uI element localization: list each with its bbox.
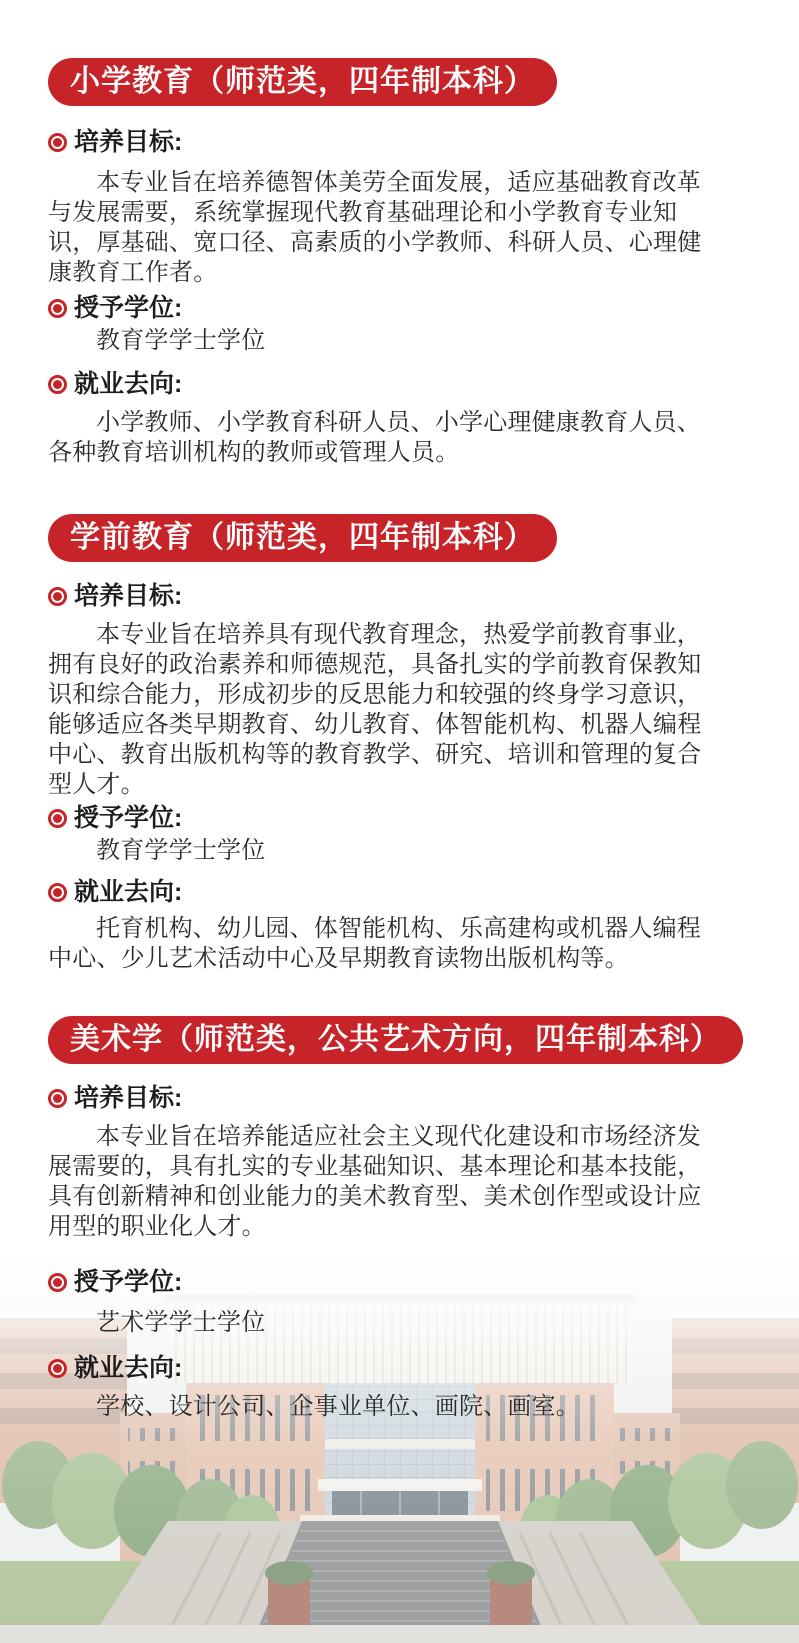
bullseye-bullet-icon — [48, 587, 67, 606]
block-heading-degree: 授予学位: — [48, 294, 715, 322]
bullseye-bullet-icon — [48, 299, 67, 318]
bullseye-bullet-icon — [48, 1273, 67, 1292]
program-title-pill: 学前教育（师范类，四年制本科） — [48, 514, 557, 562]
block-label: 授予学位: — [74, 1268, 182, 1296]
block-heading-goal: 培养目标: — [48, 128, 715, 156]
bullet-dot — [53, 592, 62, 601]
bullseye-bullet-icon — [48, 1359, 67, 1378]
bullet-dot — [53, 138, 62, 147]
block-text-degree: 教育学学士学位 — [48, 836, 715, 866]
bullseye-bullet-icon — [48, 883, 67, 902]
block-text-degree: 教育学学士学位 — [48, 326, 715, 356]
block-heading-career: 就业去向: — [48, 1354, 715, 1382]
block-heading-career: 就业去向: — [48, 878, 715, 906]
program-title-pill: 美术学（师范类，公共艺术方向，四年制本科） — [48, 1016, 743, 1064]
bullet-dot — [53, 1094, 62, 1103]
block-heading-goal: 培养目标: — [48, 1084, 715, 1112]
block-text-degree: 艺术学学士学位 — [48, 1308, 715, 1338]
bullet-dot — [53, 1364, 62, 1373]
brochure-content: 小学教育（师范类，四年制本科） 培养目标: 本专业旨在培养德智体美劳全面发展，适… — [0, 0, 799, 1422]
bullseye-bullet-icon — [48, 1089, 67, 1108]
bullseye-bullet-icon — [48, 809, 67, 828]
block-text-career: 小学教师、小学教育科研人员、小学心理健康教育人员、各种教育培训机构的教师或管理人… — [48, 408, 715, 468]
bullet-dot — [53, 1278, 62, 1287]
block-label: 就业去向: — [74, 1354, 182, 1382]
block-text-career: 托育机构、幼儿园、体智能机构、乐高建构或机器人编程中心、少儿艺术活动中心及早期教… — [48, 914, 715, 974]
program-section-primary-education: 小学教育（师范类，四年制本科） 培养目标: 本专业旨在培养德智体美劳全面发展，适… — [48, 58, 715, 468]
block-heading-career: 就业去向: — [48, 370, 715, 398]
block-text-goal: 本专业旨在培养能适应社会主义现代化建设和市场经济发展需要的，具有扎实的专业基础知… — [48, 1122, 715, 1242]
bullet-dot — [53, 304, 62, 313]
block-label: 授予学位: — [74, 294, 182, 322]
block-label: 培养目标: — [74, 1084, 182, 1112]
block-label: 培养目标: — [74, 582, 182, 610]
block-label: 培养目标: — [74, 128, 182, 156]
block-label: 就业去向: — [74, 878, 182, 906]
bullet-dot — [53, 380, 62, 389]
program-section-preschool-education: 学前教育（师范类，四年制本科） 培养目标: 本专业旨在培养具有现代教育理念，热爱… — [48, 468, 715, 974]
bullseye-bullet-icon — [48, 375, 67, 394]
bullseye-bullet-icon — [48, 133, 67, 152]
program-title: 学前教育（师范类，四年制本科） — [70, 521, 535, 554]
block-heading-degree: 授予学位: — [48, 804, 715, 832]
bullet-dot — [53, 888, 62, 897]
block-label: 授予学位: — [74, 804, 182, 832]
block-text-goal: 本专业旨在培养具有现代教育理念，热爱学前教育事业，拥有良好的政治素养和师德规范，… — [48, 620, 715, 800]
program-title: 小学教育（师范类，四年制本科） — [70, 65, 535, 98]
block-label: 就业去向: — [74, 370, 182, 398]
program-title: 美术学（师范类，公共艺术方向，四年制本科） — [70, 1023, 721, 1056]
bullet-dot — [53, 814, 62, 823]
program-section-fine-arts: 美术学（师范类，公共艺术方向，四年制本科） 培养目标: 本专业旨在培养能适应社会… — [48, 974, 715, 1422]
block-heading-goal: 培养目标: — [48, 582, 715, 610]
block-text-goal: 本专业旨在培养德智体美劳全面发展，适应基础教育改革与发展需要，系统掌握现代教育基… — [48, 168, 715, 288]
program-title-pill: 小学教育（师范类，四年制本科） — [48, 58, 557, 106]
block-text-career: 学校、设计公司、企事业单位、画院、画室。 — [48, 1392, 715, 1422]
block-heading-degree: 授予学位: — [48, 1268, 715, 1296]
